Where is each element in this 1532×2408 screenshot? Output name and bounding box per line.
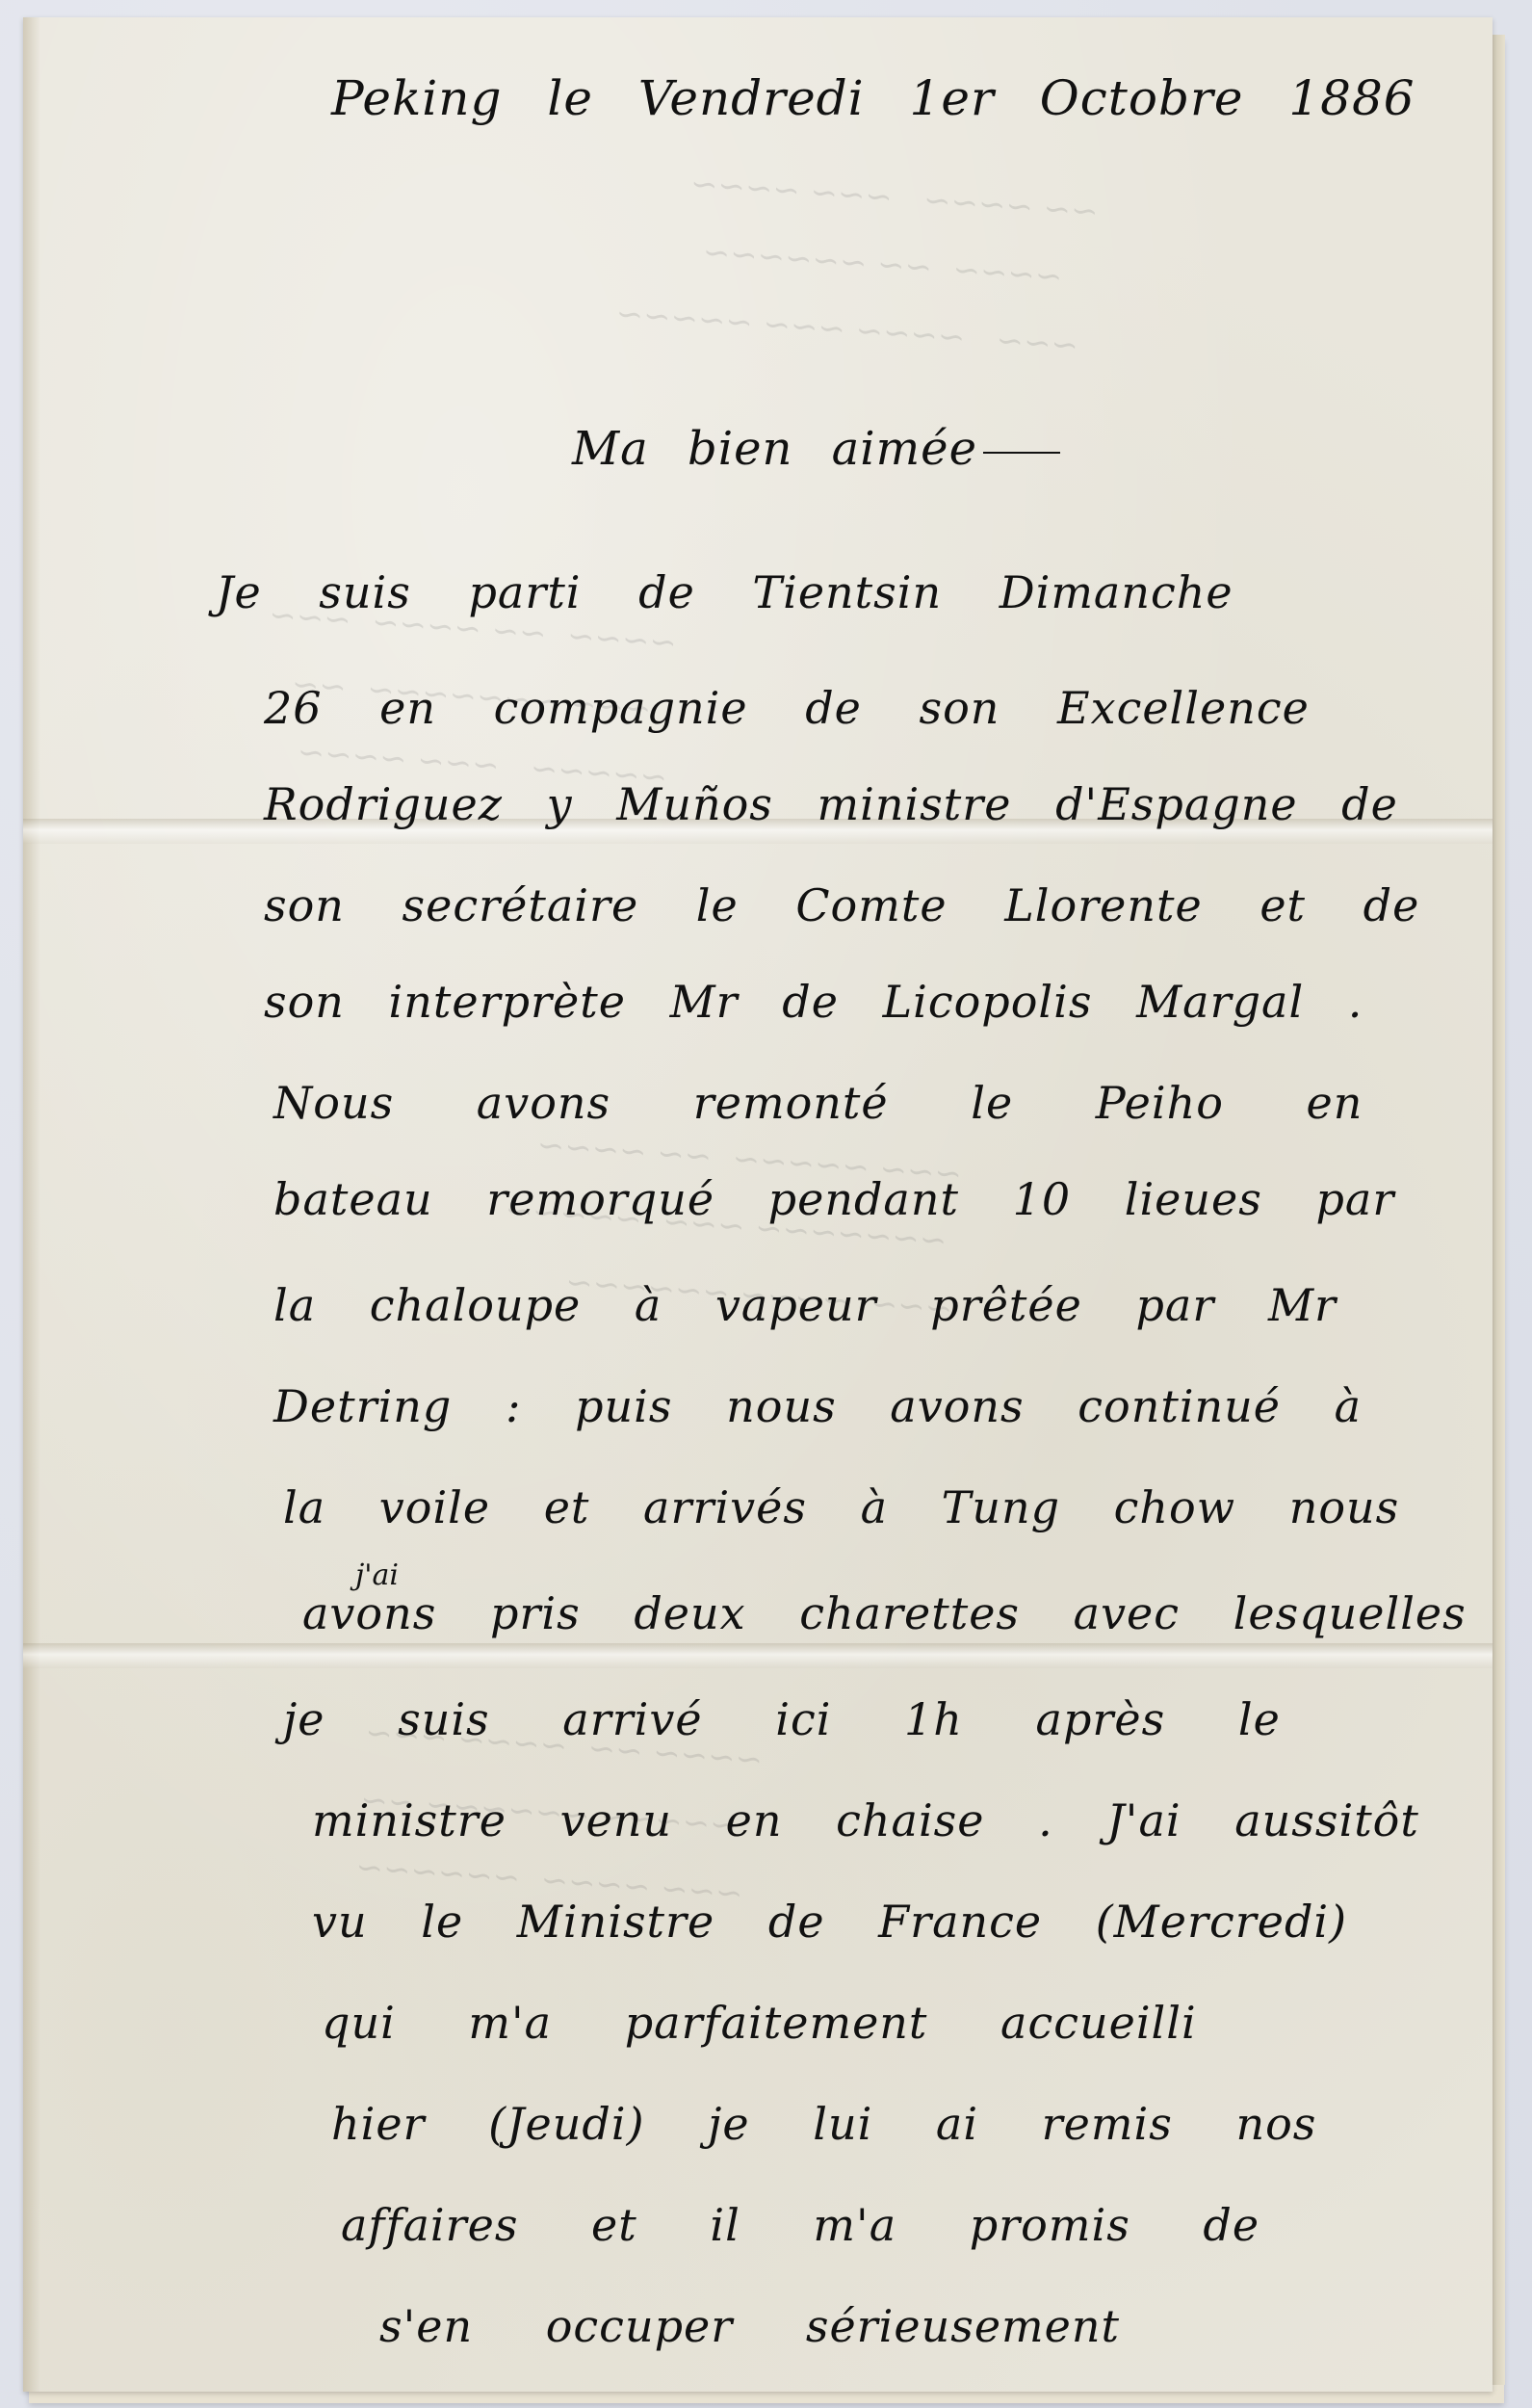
letter-line: Nous avons remonté le Peiho en <box>273 1077 1363 1129</box>
letter-line: son secrétaire le Comte Llorente et de <box>264 879 1419 931</box>
letter-page: ~~ ~~~~ ~~~ ~~~~ ~~~~ ~~ ~~~~~~ ~~~ ~~~~… <box>23 17 1493 2392</box>
letter-line: je suis arrivé ici 1h après le <box>283 1693 1281 1745</box>
letter-line: affaires et il m'a promis de <box>341 2199 1259 2251</box>
letter-line: Detring : puis nous avons continué à <box>273 1380 1362 1432</box>
letter-line: Rodriguez y Muños ministre d'Espagne de <box>264 778 1398 830</box>
letter-line: 26 en compagnie de son Excellence <box>264 682 1310 734</box>
letter-line: la chaloupe à vapeur prêtée par Mr <box>273 1279 1337 1331</box>
letter-body: Peking le Vendredi 1er Octobre 1886 Ma b… <box>23 17 1493 2392</box>
letter-line: vu le Ministre de France (Mercredi) <box>312 1896 1347 1948</box>
letter-line: qui m'a parfaitement accueilli <box>322 1997 1197 2049</box>
letter-line: son interprète Mr de Licopolis Margal . <box>264 976 1363 1028</box>
letter-line: la voile et arrivés à Tung chow nous <box>283 1481 1399 1533</box>
sheet-edge <box>1491 35 1505 2385</box>
letter-line: s'en occuper sérieusement <box>379 2300 1120 2352</box>
letter-line: avons pris deux charettes avec lesquelle… <box>302 1587 1467 1639</box>
letter-line: bateau remorqué pendant 10 lieues par <box>273 1173 1394 1225</box>
salutation: Ma bien aimée <box>572 422 1060 476</box>
letter-line: hier (Jeudi) je lui ai remis nos <box>331 2098 1316 2150</box>
letter-line: Je suis parti de Tientsin Dimanche <box>216 566 1233 618</box>
letter-line: ministre venu en chaise . J'ai aussitôt <box>312 1794 1419 1846</box>
dateline: Peking le Vendredi 1er Octobre 1886 <box>331 70 1415 126</box>
